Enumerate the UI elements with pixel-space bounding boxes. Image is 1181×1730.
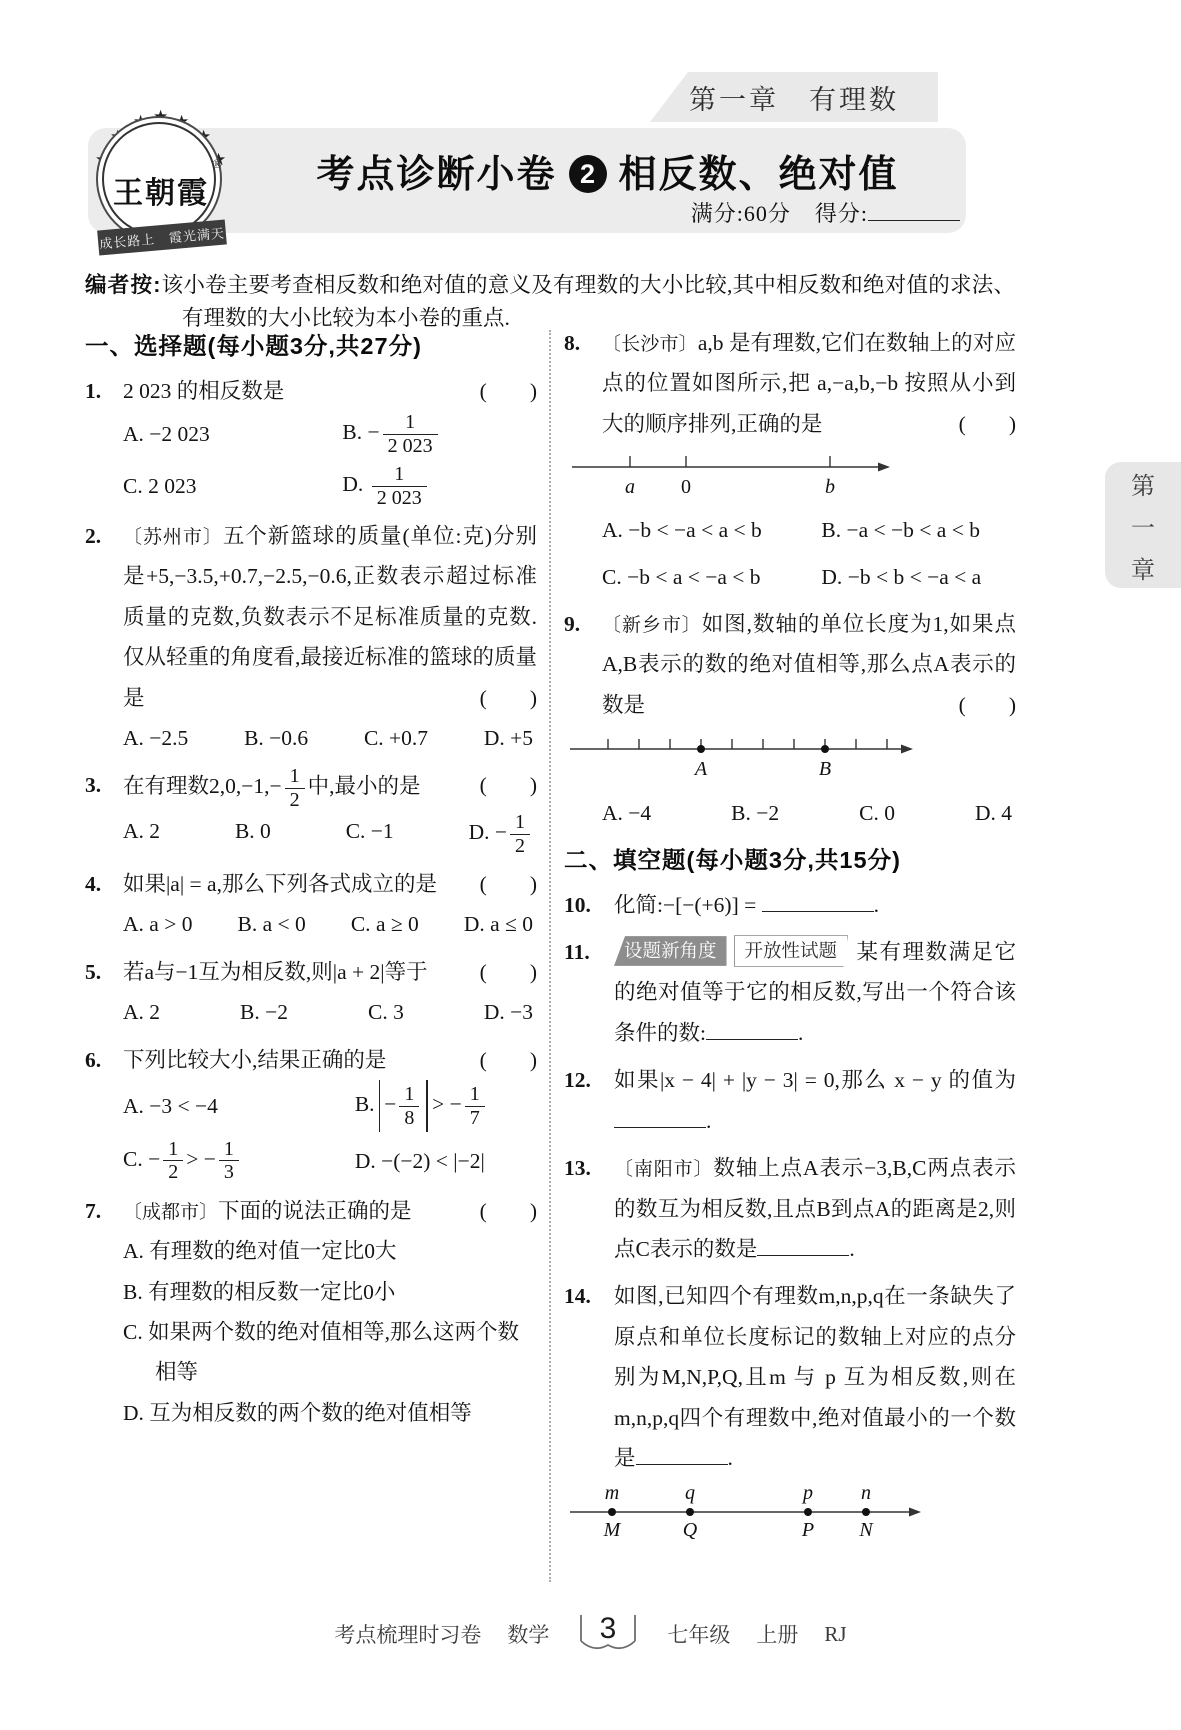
opt-text: 互为相反数的两个数的绝对值相等 bbox=[149, 1401, 472, 1425]
page-footer: 考点梳理时习卷 数学 3 七年级 上册 RJ bbox=[0, 1610, 1181, 1658]
fraction: 13 bbox=[219, 1138, 239, 1184]
question-number: 10. bbox=[564, 885, 591, 925]
minus-sign: − bbox=[495, 820, 507, 844]
opt-label: A. bbox=[123, 726, 144, 750]
opt-text: 2 023 bbox=[148, 474, 196, 498]
fraction: 12 023 bbox=[372, 463, 427, 509]
opt-text: −2 bbox=[265, 1000, 288, 1024]
option-a: A. 2 bbox=[123, 811, 160, 857]
opt-text: +0.7 bbox=[389, 726, 428, 750]
number-line: m q p n M Q P N bbox=[568, 1484, 928, 1542]
option-a: A. a > 0 bbox=[123, 904, 192, 944]
editor-note-text: 该小卷主要考查相反数和绝对值的意义及有理数的大小比较,其中相反数和绝对值的求法、… bbox=[161, 273, 1015, 330]
source-city: 〔长沙市〕 bbox=[602, 334, 698, 355]
opt-text: −4 bbox=[628, 801, 651, 825]
point-B-dot bbox=[821, 745, 829, 753]
opt-text: 如果两个数的绝对值相等,那么这两个数相等 bbox=[148, 1320, 519, 1384]
numerator: 1 bbox=[372, 463, 427, 486]
opt-label: B. bbox=[355, 1092, 375, 1116]
option-b: B. −2 bbox=[240, 992, 288, 1032]
number-line: A B bbox=[568, 731, 920, 783]
option-c: C. −12> −13 bbox=[123, 1138, 355, 1184]
opt-label: C. bbox=[123, 474, 143, 498]
numerator: 1 bbox=[465, 1083, 485, 1106]
option-b: B.−18> −17 bbox=[355, 1080, 537, 1132]
options: A. −b < −a < a < b B. −a < −b < a < b C.… bbox=[564, 510, 1016, 597]
fraction: 12 bbox=[163, 1138, 183, 1184]
options: A. 2 B. 0 C. −1 D. −12 bbox=[85, 811, 537, 857]
paper-title-main: 相反数、绝对值 bbox=[619, 154, 899, 196]
question-1: 1.2 023 的相反数是( ) A. −2 023 B. −12 023 C.… bbox=[85, 371, 537, 509]
paper-title: 考点诊断小卷2相反数、绝对值 bbox=[263, 143, 952, 198]
point-N-dot bbox=[862, 1508, 870, 1516]
option-d: D. −12 bbox=[469, 811, 533, 857]
period: . bbox=[706, 1109, 711, 1133]
denominator: 2 bbox=[285, 789, 305, 811]
axis-label-zero: 0 bbox=[681, 476, 691, 498]
opt-label: B. bbox=[235, 819, 255, 843]
numerator: 1 bbox=[219, 1138, 239, 1161]
axis-label-p: p bbox=[801, 1484, 813, 1504]
option-c: C. 2 023 bbox=[123, 466, 342, 506]
score-line: 满分:60分得分: bbox=[691, 197, 960, 228]
opt-label: A. bbox=[602, 518, 623, 542]
axis-label-q: q bbox=[685, 1484, 695, 1504]
option-d: D. −(−2) < |−2| bbox=[355, 1141, 537, 1181]
opt-label: B. bbox=[244, 726, 264, 750]
option-b: B. −0.6 bbox=[244, 718, 308, 758]
opt-label: A. bbox=[123, 1239, 144, 1263]
option-d: D. 4 bbox=[975, 793, 1012, 833]
question-stem: 1.2 023 的相反数是( ) bbox=[85, 371, 537, 411]
option-a: A. −b < −a < a < b bbox=[602, 510, 821, 550]
opt-label: C. bbox=[368, 1000, 388, 1024]
question-3: 3.在有理数2,0,−1,−12中,最小的是( ) A. 2 B. 0 C. −… bbox=[85, 765, 537, 857]
opt-text: 有理数的绝对值一定比0大 bbox=[149, 1239, 396, 1263]
stem-text: 在有理数2,0,−1,− bbox=[123, 774, 282, 798]
opt-text: −b < b < −a < a bbox=[848, 565, 981, 589]
opt-label: D. bbox=[355, 1149, 376, 1173]
circled-number-badge: 2 bbox=[569, 155, 607, 193]
numerator: 1 bbox=[163, 1138, 183, 1161]
stem-text: 化简:−[−(+6)] = bbox=[614, 893, 756, 917]
answer-blank bbox=[762, 891, 874, 912]
question-stem: 12.如果|x − 4| + |y − 3| = 0,那么 x − y 的值为. bbox=[564, 1060, 1016, 1141]
opt-label: B. bbox=[240, 1000, 260, 1024]
axis-label-a: a bbox=[625, 476, 635, 498]
stem-text: 如图,已知四个有理数m,n,p,q在一条缺失了原点和单位长度标记的数轴上对应的点… bbox=[614, 1284, 1016, 1470]
footer-subject: 数学 bbox=[507, 1619, 549, 1649]
option-b: B. −a < −b < a < b bbox=[821, 510, 1016, 550]
opt-text: −3 < −4 bbox=[149, 1094, 218, 1118]
opt-text: 3 bbox=[393, 1000, 404, 1024]
option-d: D. 互为相反数的两个数的绝对值相等 bbox=[123, 1393, 537, 1433]
question-4: 4.如果|a| = a,那么下列各式成立的是( ) A. a > 0 B. a … bbox=[85, 864, 537, 945]
question-stem: 14.如图,已知四个有理数m,n,p,q在一条缺失了原点和单位长度标记的数轴上对… bbox=[564, 1276, 1016, 1478]
option-a: A. −3 < −4 bbox=[123, 1086, 355, 1126]
denominator: 2 bbox=[163, 1161, 183, 1183]
opt-text: 有理数的相反数一定比0小 bbox=[148, 1280, 395, 1304]
left-column: 一、选择题(每小题3分,共27分) 1.2 023 的相反数是( ) A. −2… bbox=[85, 323, 537, 1440]
score-blank bbox=[868, 201, 960, 221]
option-d: D. −3 bbox=[484, 992, 533, 1032]
numerator: 1 bbox=[510, 811, 530, 834]
opt-label: A. bbox=[123, 422, 144, 446]
question-number: 2. bbox=[85, 516, 101, 556]
abs-bar bbox=[379, 1080, 381, 1132]
question-number: 14. bbox=[564, 1276, 591, 1316]
question-10: 10.化简:−[−(+6)] = . bbox=[564, 885, 1016, 925]
question-13: 13.〔南阳市〕数轴上点A表示−3,B,C两点表示的数互为相反数,且点B到点A的… bbox=[564, 1148, 1016, 1269]
editor-note-label: 编者按: bbox=[85, 273, 161, 297]
option-c: C. a ≥ 0 bbox=[351, 904, 419, 944]
number-line-figure-q8: a 0 b bbox=[568, 450, 1016, 506]
page-number-book-icon: 3 bbox=[575, 1610, 641, 1658]
stem-text: 如果|x − 4| + |y − 3| = 0,那么 x − y 的值为 bbox=[614, 1068, 1016, 1092]
question-5: 5.若a与−1互为相反数,则|a + 2|等于( ) A. 2 B. −2 C.… bbox=[85, 952, 537, 1033]
opt-label: C. bbox=[364, 726, 384, 750]
option-d: D. −b < b < −a < a bbox=[821, 557, 1016, 597]
numerator: 1 bbox=[399, 1083, 419, 1106]
option-d: D. +5 bbox=[484, 718, 533, 758]
question-stem: 10.化简:−[−(+6)] = . bbox=[564, 885, 1016, 925]
opt-text: a ≥ 0 bbox=[376, 912, 419, 936]
opt-label: D. bbox=[464, 912, 485, 936]
comparison: > − bbox=[186, 1147, 216, 1171]
axis-label-m: m bbox=[605, 1484, 619, 1504]
footer-volume: 上册 bbox=[756, 1619, 798, 1649]
period: . bbox=[874, 893, 879, 917]
new-angle-badge: 设题新角度 bbox=[614, 936, 727, 966]
comparison: > − bbox=[432, 1092, 462, 1116]
opt-text: −(−2) < |−2| bbox=[381, 1149, 485, 1173]
fraction: 12 023 bbox=[383, 411, 438, 457]
question-number: 11. bbox=[564, 932, 590, 972]
opt-label: B. bbox=[123, 1280, 143, 1304]
column-divider bbox=[549, 330, 551, 1582]
question-6: 6.下列比较大小,结果正确的是( ) A. −3 < −4 B.−18> −17… bbox=[85, 1040, 537, 1184]
option-b: B. 有理数的相反数一定比0小 bbox=[123, 1272, 537, 1312]
opt-label: D. bbox=[484, 1000, 505, 1024]
opt-text: −1 bbox=[371, 819, 394, 843]
answer-paren: ( ) bbox=[480, 1040, 537, 1080]
question-2: 2.〔苏州市〕五个新篮球的质量(单位:克)分别是+5,−3.5,+0.7,−2.… bbox=[85, 516, 537, 758]
stem-text: 如果|a| = a,那么下列各式成立的是 bbox=[123, 872, 437, 896]
option-c: C. 如果两个数的绝对值相等,那么这两个数相等 bbox=[123, 1312, 537, 1393]
question-stem: 9.〔新乡市〕如图,数轴的单位长度为1,如果点A,B表示的数的绝对值相等,那么点… bbox=[564, 604, 1016, 725]
answer-blank bbox=[757, 1235, 849, 1256]
option-a: A. −2.5 bbox=[123, 718, 188, 758]
side-tab-char: 第 bbox=[1131, 466, 1155, 501]
question-number: 7. bbox=[85, 1191, 101, 1231]
option-c: C. −1 bbox=[346, 811, 394, 857]
source-city: 〔南阳市〕 bbox=[614, 1159, 713, 1180]
point-P-dot bbox=[804, 1508, 812, 1516]
question-stem: 5.若a与−1互为相反数,则|a + 2|等于( ) bbox=[85, 952, 537, 992]
stem-text: 五个新篮球的质量(单位:克)分别是+5,−3.5,+0.7,−2.5,−0.6,… bbox=[123, 524, 537, 710]
opt-label: A. bbox=[123, 1094, 144, 1118]
axis-label-B: B bbox=[819, 758, 831, 780]
opt-text: a > 0 bbox=[149, 912, 192, 936]
question-stem: 11.设题新角度开放性试题某有理数满足它的绝对值等于它的相反数,写出一个符合该条… bbox=[564, 932, 1016, 1053]
chapter-header-tab: 第一章 有理数 bbox=[650, 72, 938, 122]
question-number: 9. bbox=[564, 604, 580, 644]
stem-text: 2 023 的相反数是 bbox=[123, 379, 284, 403]
number-line-figure-q9: A B bbox=[568, 731, 1016, 789]
opt-text: −b < a < −a < b bbox=[627, 565, 760, 589]
answer-paren: ( ) bbox=[480, 765, 537, 805]
opt-label: C. bbox=[859, 801, 879, 825]
minus-sign: − bbox=[384, 1092, 396, 1116]
question-stem: 4.如果|a| = a,那么下列各式成立的是( ) bbox=[85, 864, 537, 904]
answer-paren: ( ) bbox=[480, 952, 537, 992]
option-c: C. 0 bbox=[859, 793, 895, 833]
stem-text: 若a与−1互为相反数,则|a + 2|等于 bbox=[123, 960, 428, 984]
opt-label: C. bbox=[123, 1320, 143, 1344]
answer-blank bbox=[614, 1107, 706, 1128]
opt-label: D. bbox=[342, 472, 363, 496]
question-number: 3. bbox=[85, 765, 101, 805]
option-b: B. 0 bbox=[235, 811, 271, 857]
axis-label-M: M bbox=[603, 1519, 622, 1541]
options: A. 有理数的绝对值一定比0大 B. 有理数的相反数一定比0小 C. 如果两个数… bbox=[85, 1231, 537, 1433]
opt-label: C. bbox=[123, 1147, 143, 1171]
options: A. a > 0 B. a < 0 C. a ≥ 0 D. a ≤ 0 bbox=[85, 904, 537, 944]
opt-text: −0.6 bbox=[269, 726, 308, 750]
opt-label: D. bbox=[469, 820, 490, 844]
options: A. −2 023 B. −12 023 C. 2 023 D. 12 023 bbox=[85, 411, 537, 509]
source-city: 〔苏州市〕 bbox=[123, 527, 223, 548]
opt-label: A. bbox=[123, 912, 144, 936]
numerator: 1 bbox=[285, 765, 305, 788]
option-c: C. −b < a < −a < b bbox=[602, 557, 821, 597]
opt-text: 0 bbox=[260, 819, 271, 843]
chapter-header-label: 第一章 有理数 bbox=[689, 78, 899, 117]
opt-text: 2 bbox=[149, 819, 160, 843]
side-tab-char: 一 bbox=[1131, 508, 1155, 543]
denominator: 2 bbox=[510, 835, 530, 857]
question-7: 7.〔成都市〕下面的说法正确的是( ) A. 有理数的绝对值一定比0大 B. 有… bbox=[85, 1191, 537, 1433]
stem-text: 中,最小的是 bbox=[308, 774, 421, 798]
source-city: 〔新乡市〕 bbox=[602, 615, 702, 636]
opt-text: 2 bbox=[149, 1000, 160, 1024]
question-11: 11.设题新角度开放性试题某有理数满足它的绝对值等于它的相反数,写出一个符合该条… bbox=[564, 932, 1016, 1053]
option-a: A. −4 bbox=[602, 793, 651, 833]
opt-label: C. bbox=[351, 912, 371, 936]
question-stem: 6.下列比较大小,结果正确的是( ) bbox=[85, 1040, 537, 1080]
question-number: 1. bbox=[85, 371, 101, 411]
option-b: B. a < 0 bbox=[238, 904, 306, 944]
opt-label: A. bbox=[123, 1000, 144, 1024]
opt-text: 4 bbox=[1001, 801, 1012, 825]
question-number: 13. bbox=[564, 1148, 591, 1188]
option-a: A. 2 bbox=[123, 992, 160, 1032]
earned-score-label: 得分: bbox=[815, 201, 868, 226]
fraction: 12 bbox=[285, 765, 305, 811]
abs-bar bbox=[426, 1080, 428, 1132]
opt-label: B. bbox=[821, 518, 841, 542]
full-score-label: 满分:60分 bbox=[691, 201, 791, 226]
opt-label: D. bbox=[123, 1401, 144, 1425]
answer-paren: ( ) bbox=[480, 371, 537, 411]
number-line: a 0 b bbox=[568, 450, 898, 500]
denominator: 3 bbox=[219, 1161, 239, 1183]
option-c: C. +0.7 bbox=[364, 718, 428, 758]
opt-text: +5 bbox=[510, 726, 533, 750]
minus-sign: − bbox=[368, 420, 380, 444]
options: A. −2.5 B. −0.6 C. +0.7 D. +5 bbox=[85, 718, 537, 758]
answer-paren: ( ) bbox=[959, 685, 1016, 725]
section-title-fill: 二、填空题(每小题3分,共15分) bbox=[564, 841, 1016, 875]
paper-title-prefix: 考点诊断小卷 bbox=[316, 154, 556, 196]
registered-mark-icon: ® bbox=[212, 156, 222, 172]
axis-label-N: N bbox=[858, 1519, 874, 1541]
denominator: 2 023 bbox=[383, 435, 438, 457]
axis-label-Q: Q bbox=[683, 1519, 698, 1541]
opt-label: D. bbox=[821, 565, 842, 589]
answer-paren: ( ) bbox=[959, 404, 1016, 444]
question-9: 9.〔新乡市〕如图,数轴的单位长度为1,如果点A,B表示的数的绝对值相等,那么点… bbox=[564, 604, 1016, 834]
publisher-logo: ★ ★ ★ ★ ★ ★ ★ 王朝霞 ® 成长路上 霞光满天 bbox=[90, 106, 232, 250]
options: A. −3 < −4 B.−18> −17 C. −12> −13 D. −(−… bbox=[85, 1080, 537, 1184]
side-tab-char: 章 bbox=[1131, 550, 1155, 585]
footer-edition: RJ bbox=[824, 1622, 846, 1647]
opt-label: D. bbox=[975, 801, 996, 825]
denominator: 2 023 bbox=[372, 487, 427, 509]
footer-grade: 七年级 bbox=[667, 1619, 730, 1649]
fraction: 12 bbox=[510, 811, 530, 857]
number-line-figure-q14: m q p n M Q P N bbox=[568, 1484, 1016, 1548]
opt-label: A. bbox=[602, 801, 623, 825]
footer-series: 考点梳理时习卷 bbox=[334, 1619, 481, 1649]
opt-label: A. bbox=[123, 819, 144, 843]
opt-label: C. bbox=[346, 819, 366, 843]
answer-paren: ( ) bbox=[480, 864, 537, 904]
axis-label-n: n bbox=[861, 1484, 871, 1504]
opt-label: D. bbox=[484, 726, 505, 750]
open-question-badge: 开放性试题 bbox=[734, 935, 849, 967]
opt-text: −3 bbox=[510, 1000, 533, 1024]
question-number: 12. bbox=[564, 1060, 591, 1100]
denominator: 8 bbox=[399, 1107, 419, 1129]
opt-text: −a < −b < a < b bbox=[847, 518, 980, 542]
right-column: 8.〔长沙市〕a,b 是有理数,它们在数轴上的对应点的位置如图所示,把 a,−a… bbox=[564, 323, 1016, 1555]
question-stem: 7.〔成都市〕下面的说法正确的是( ) bbox=[85, 1191, 537, 1231]
page-number: 3 bbox=[600, 1612, 617, 1645]
denominator: 7 bbox=[465, 1107, 485, 1129]
option-b: B. −2 bbox=[731, 793, 779, 833]
question-number: 5. bbox=[85, 952, 101, 992]
question-12: 12.如果|x − 4| + |y − 3| = 0,那么 x − y 的值为. bbox=[564, 1060, 1016, 1141]
answer-paren: ( ) bbox=[480, 678, 537, 718]
question-number: 6. bbox=[85, 1040, 101, 1080]
point-A-dot bbox=[697, 745, 705, 753]
question-14: 14.如图,已知四个有理数m,n,p,q在一条缺失了原点和单位长度标记的数轴上对… bbox=[564, 1276, 1016, 1548]
chapter-side-tab: 第 一 章 bbox=[1105, 462, 1181, 588]
question-stem: 13.〔南阳市〕数轴上点A表示−3,B,C两点表示的数互为相反数,且点B到点A的… bbox=[564, 1148, 1016, 1269]
question-8: 8.〔长沙市〕a,b 是有理数,它们在数轴上的对应点的位置如图所示,把 a,−a… bbox=[564, 323, 1016, 597]
point-Q-dot bbox=[686, 1508, 694, 1516]
axis-label-b: b bbox=[825, 476, 835, 498]
answer-blank bbox=[706, 1019, 798, 1040]
fraction: 18 bbox=[399, 1083, 419, 1129]
section-title-choice: 一、选择题(每小题3分,共27分) bbox=[85, 327, 537, 361]
numerator: 1 bbox=[383, 411, 438, 434]
opt-text: −b < −a < a < b bbox=[628, 518, 761, 542]
option-a: A. −2 023 bbox=[123, 414, 342, 454]
option-c: C. 3 bbox=[368, 992, 404, 1032]
option-b: B. −12 023 bbox=[342, 411, 537, 457]
stem-text: 下面的说法正确的是 bbox=[218, 1199, 412, 1223]
period: . bbox=[728, 1446, 733, 1470]
period: . bbox=[798, 1021, 803, 1045]
question-stem: 8.〔长沙市〕a,b 是有理数,它们在数轴上的对应点的位置如图所示,把 a,−a… bbox=[564, 323, 1016, 444]
opt-label: B. bbox=[238, 912, 258, 936]
options: A. −4 B. −2 C. 0 D. 4 bbox=[564, 793, 1016, 833]
logo-ribbon: 成长路上 霞光满天 bbox=[97, 219, 227, 255]
opt-text: −2 023 bbox=[149, 422, 210, 446]
option-a: A. 有理数的绝对值一定比0大 bbox=[123, 1231, 537, 1271]
period: . bbox=[849, 1237, 854, 1261]
minus-sign: − bbox=[148, 1147, 160, 1171]
answer-blank bbox=[636, 1444, 728, 1465]
question-stem: 3.在有理数2,0,−1,−12中,最小的是( ) bbox=[85, 765, 537, 811]
options: A. 2 B. −2 C. 3 D. −3 bbox=[85, 992, 537, 1032]
opt-text: 0 bbox=[884, 801, 895, 825]
question-stem: 2.〔苏州市〕五个新篮球的质量(单位:克)分别是+5,−3.5,+0.7,−2.… bbox=[85, 516, 537, 718]
axis-label-A: A bbox=[693, 758, 708, 780]
opt-label: B. bbox=[342, 420, 362, 444]
opt-text: −2 bbox=[756, 801, 779, 825]
opt-text: −2.5 bbox=[149, 726, 188, 750]
answer-paren: ( ) bbox=[480, 1191, 537, 1231]
question-number: 4. bbox=[85, 864, 101, 904]
source-city: 〔成都市〕 bbox=[123, 1202, 218, 1223]
question-number: 8. bbox=[564, 323, 580, 363]
option-d: D. a ≤ 0 bbox=[464, 904, 533, 944]
fraction: 17 bbox=[465, 1083, 485, 1129]
logo-brand-name: 王朝霞 bbox=[90, 168, 232, 212]
option-d: D. 12 023 bbox=[342, 463, 537, 509]
exam-page: 第一章 有理数 考点诊断小卷2相反数、绝对值 满分:60分得分: ★ ★ ★ ★… bbox=[0, 0, 1181, 1730]
opt-label: C. bbox=[602, 565, 622, 589]
axis-label-P: P bbox=[801, 1519, 814, 1541]
opt-text: a ≤ 0 bbox=[490, 912, 533, 936]
stem-text: 下列比较大小,结果正确的是 bbox=[123, 1048, 386, 1072]
opt-label: B. bbox=[731, 801, 751, 825]
point-M-dot bbox=[608, 1508, 616, 1516]
opt-text: a < 0 bbox=[263, 912, 306, 936]
